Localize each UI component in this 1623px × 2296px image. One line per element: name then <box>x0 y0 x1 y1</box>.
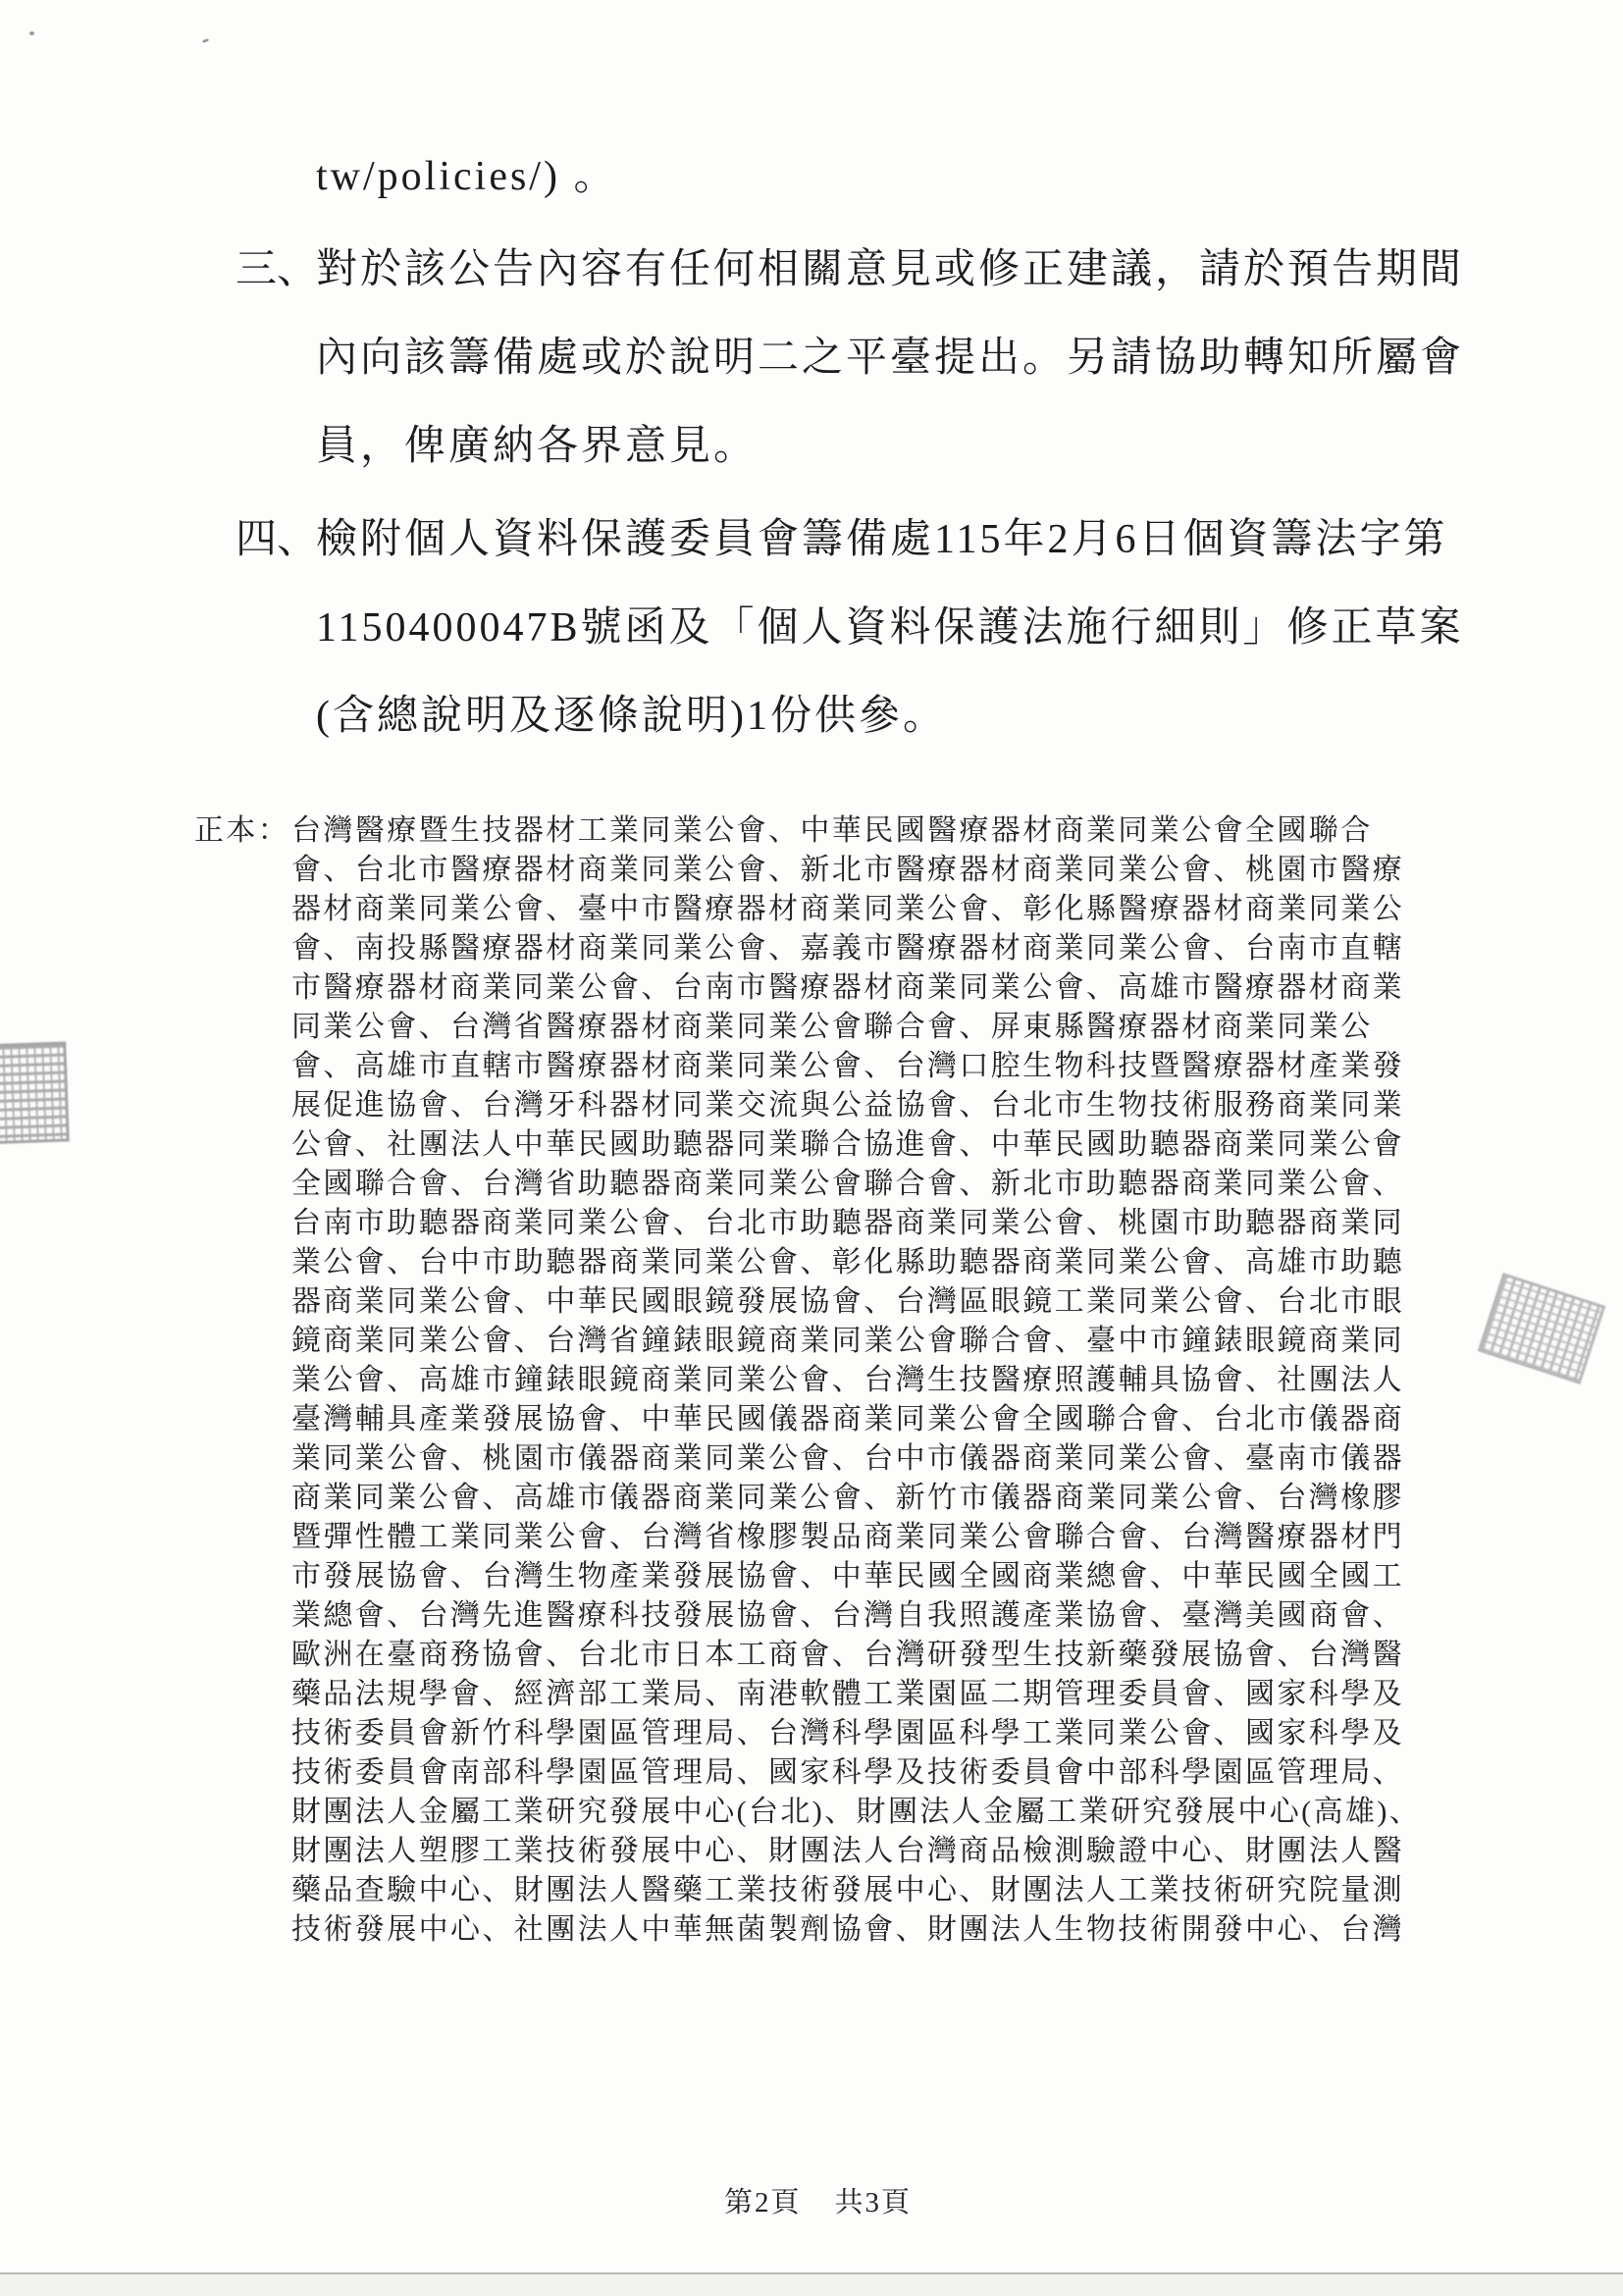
recipient-line: 全國聯合會、台灣省助聽器商業同業公會聯合會、新北市助聽器商業同業公會、 <box>291 1165 1499 1204</box>
recipients-block: 正本： 台灣醫療暨生技器材工業同業公會、中華民國醫療器材商業同業公會全國聯合會、… <box>194 811 1499 1950</box>
recipient-line: 展促進協會、台灣牙科器材同業交流與公益協會、台北市生物技術服務商業同業 <box>291 1086 1499 1125</box>
recipient-line: 器材商業同業公會、臺中市醫療器材商業同業公會、彰化縣醫療器材商業同業公 <box>291 890 1499 929</box>
recipient-line: 技術委員會南部科學園區管理局、國家科學及技術委員會中部科學園區管理局、 <box>291 1753 1499 1793</box>
recipient-line: 會、南投縣醫療器材商業同業公會、嘉義市醫療器材商業同業公會、台南市直轄 <box>291 929 1499 968</box>
scanner-background <box>0 2274 1623 2296</box>
seal-stamp-face <box>0 1041 70 1144</box>
recipient-line: 商業同業公會、高雄市儀器商業同業公會、新竹市儀器商業同業公會、台灣橡膠 <box>291 1479 1499 1518</box>
recipient-line: 業公會、台中市助聽器商業同業公會、彰化縣助聽器商業同業公會、高雄市助聽 <box>291 1243 1499 1282</box>
recipient-line: 市發展協會、台灣生物產業發展協會、中華民國全國商業總會、中華民國全國工 <box>291 1557 1499 1596</box>
paragraph-item2-continuation: tw/policies/) 。 <box>316 132 1533 221</box>
document-page: tw/policies/) 。 三、 對於該公告內容有任何相關意見或修正建議，請… <box>0 0 1623 2296</box>
recipient-line: 業公會、高雄市鐘錶眼鏡商業同業公會、台灣生技醫療照護輔具協會、社團法人 <box>291 1361 1499 1400</box>
paragraph-item4: 四、 檢附個人資料保護委員會籌備處115年2月6日個資籌法字第115040004… <box>316 496 1533 760</box>
recipient-line: 財團法人金屬工業研究發展中心(台北)、財團法人金屬工業研究發展中心(高雄)、 <box>291 1793 1499 1832</box>
recipient-line: 公會、社團法人中華民國助聽器同業聯合協進會、中華民國助聽器商業同業公會 <box>291 1125 1499 1165</box>
recipient-line: 臺灣輔具產業發展協會、中華民國儀器商業同業公會全國聯合會、台北市儀器商 <box>291 1400 1499 1439</box>
recipient-line: 會、高雄市直轄市醫療器材商業同業公會、台灣口腔生物科技暨醫療器材產業發 <box>291 1047 1499 1086</box>
recipient-line: 技術委員會新竹科學園區管理局、台灣科學園區科學工業同業公會、國家科學及 <box>291 1714 1499 1753</box>
recipient-line: 市醫療器材商業同業公會、台南市醫療器材商業同業公會、高雄市醫療器材商業 <box>291 968 1499 1008</box>
paragraph-line: tw/policies/) 。 <box>316 132 1533 221</box>
page-number: 第2頁 <box>724 2187 802 2218</box>
paragraph-number: 三、 <box>236 226 316 314</box>
recipient-line: 器商業同業公會、中華民國眼鏡發展協會、台灣區眼鏡工業同業公會、台北市眼 <box>291 1282 1499 1322</box>
paragraph-line: 1150400047B號函及「個人資料保護法施行細則」修正草案 <box>316 584 1533 672</box>
recipient-line: 財團法人塑膠工業技術發展中心、財團法人台灣商品檢測驗證中心、財團法人醫 <box>291 1832 1499 1871</box>
paragraph-line: 員，俾廣納各界意見。 <box>316 402 1533 491</box>
recipient-line: 會、台北市醫療器材商業同業公會、新北市醫療器材商業同業公會、桃園市醫療 <box>291 851 1499 890</box>
scan-speck <box>202 38 210 43</box>
recipient-line: 藥品法規學會、經濟部工業局、南港軟體工業園區二期管理委員會、國家科學及 <box>291 1675 1499 1714</box>
paragraph-line: 檢附個人資料保護委員會籌備處115年2月6日個資籌法字第 <box>316 496 1533 584</box>
recipient-line: 同業公會、台灣省醫療器材商業同業公會聯合會、屏東縣醫療器材商業同業公 <box>291 1008 1499 1047</box>
paragraph-line: 對於該公告內容有任何相關意見或修正建議，請於預告期間 <box>316 226 1533 314</box>
recipient-line: 台南市助聽器商業同業公會、台北市助聽器商業同業公會、桃園市助聽器商業同 <box>291 1204 1499 1243</box>
paragraph-item3: 三、 對於該公告內容有任何相關意見或修正建議，請於預告期間內向該籌備處或於說明二… <box>316 226 1533 491</box>
seal-stamp-left-icon <box>0 1041 70 1144</box>
page-footer: 第2頁共3頁 <box>724 2180 912 2220</box>
page-total: 共3頁 <box>835 2187 913 2218</box>
recipient-line: 業同業公會、桃園市儀器商業同業公會、台中市儀器商業同業公會、臺南市儀器 <box>291 1439 1499 1479</box>
recipient-line: 技術發展中心、社團法人中華無菌製劑協會、財團法人生物技術開發中心、台灣 <box>291 1910 1499 1950</box>
recipients-label: 正本： <box>194 811 289 851</box>
recipient-line: 台灣醫療暨生技器材工業同業公會、中華民國醫療器材商業同業公會全國聯合 <box>291 811 1499 851</box>
recipient-line: 暨彈性體工業同業公會、台灣省橡膠製品商業同業公會聯合會、台灣醫療器材門 <box>291 1518 1499 1557</box>
recipient-line: 藥品查驗中心、財團法人醫藥工業技術發展中心、財團法人工業技術研究院量測 <box>291 1871 1499 1910</box>
paragraph-line: (含總說明及逐條說明)1份供參。 <box>316 672 1533 760</box>
paragraph-line: 內向該籌備處或於說明二之平臺提出。另請協助轉知所屬會 <box>316 314 1533 402</box>
scan-speck <box>29 31 34 35</box>
paragraph-number: 四、 <box>236 496 316 584</box>
recipient-line: 歐洲在臺商務協會、台北市日本工商會、台灣研發型生技新藥發展協會、台灣醫 <box>291 1636 1499 1675</box>
recipient-line: 鏡商業同業公會、台灣省鐘錶眼鏡商業同業公會聯合會、臺中市鐘錶眼鏡商業同 <box>291 1322 1499 1361</box>
recipient-line: 業總會、台灣先進醫療科技發展協會、台灣自我照護產業協會、臺灣美國商會、 <box>291 1596 1499 1636</box>
